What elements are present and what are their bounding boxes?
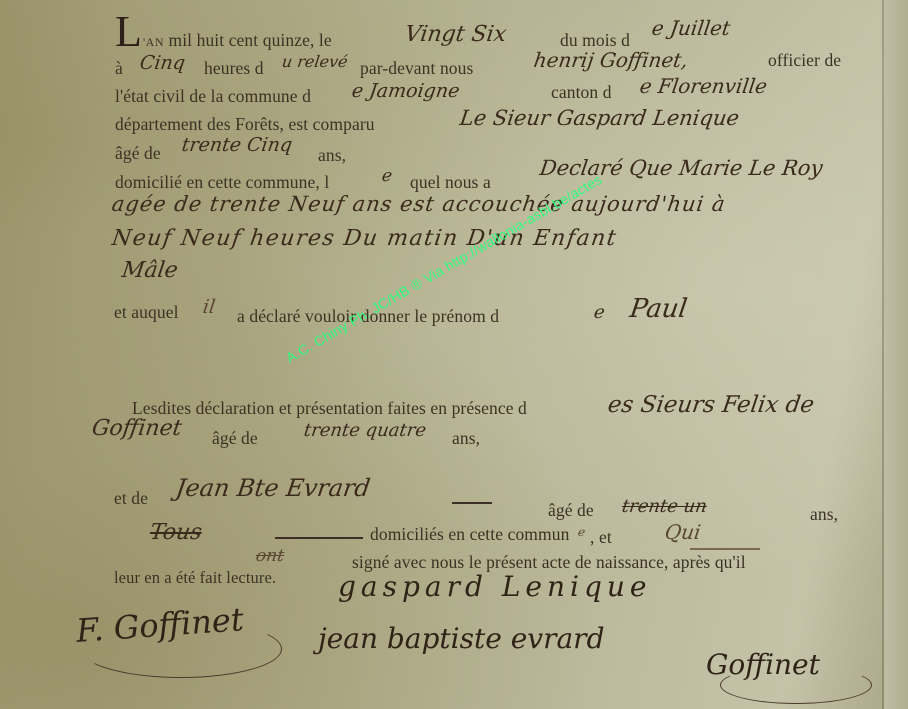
printed-par-devant: par-devant nous	[360, 58, 473, 79]
printed-age-de: âgé de	[115, 143, 161, 164]
printed-lesdites: Lesdites déclaration et présentation fai…	[132, 398, 527, 419]
printed-quel-nous-a: quel nous a	[410, 172, 491, 193]
handwritten-declaration-line2: agée de trente Neuf ans est accouchée au…	[110, 192, 727, 216]
handwritten-declarant-age: trente Cinq	[180, 134, 293, 156]
printed-et: , et	[590, 527, 612, 548]
printed-etat-civil: l'état civil de la commune d	[115, 86, 311, 107]
handwritten-day: Vingt Six	[403, 22, 508, 47]
handwritten-ont: ont	[255, 546, 286, 566]
handwritten-hour: Cinq	[138, 52, 186, 74]
handwritten-month: e Juillet	[650, 16, 732, 40]
handwritten-canton: e Florenville	[638, 74, 768, 98]
handwritten-lequel-suffix: e	[381, 166, 394, 186]
handwritten-declaration-line3: Neuf Neuf heures Du matin D'un Enfant	[110, 226, 619, 251]
adjacent-page-edge	[884, 0, 908, 709]
printed-witness2-ans: ans,	[810, 504, 838, 525]
printed-ans: ans,	[318, 145, 346, 166]
printed-domicilie: domicilié en cette commune, l	[115, 172, 329, 193]
handwritten-prenom-suffix: e	[593, 302, 607, 323]
printed-et-de: et de	[114, 488, 148, 509]
printed-year: mil huit cent quinze, le	[168, 30, 331, 50]
blank-line	[690, 548, 760, 550]
handwritten-pronoun: il	[201, 296, 216, 318]
page-fold-line	[882, 0, 884, 709]
printed-an: 'AN	[143, 35, 164, 49]
printed-witness2-age-de: âgé de	[548, 500, 594, 521]
handwritten-witness2-name: Jean Bte Evrard	[174, 474, 372, 502]
handwritten-witness1-age: trente quatre	[303, 420, 428, 441]
handwritten-declaration-line1: Declaré Que Marie Le Roy	[538, 156, 824, 180]
handwritten-witness2-age: trente un	[621, 496, 709, 517]
handwritten-tous: Tous	[148, 520, 203, 545]
blank-line	[275, 537, 363, 539]
handwritten-first-name: Paul	[628, 294, 689, 324]
signature-declarant: gaspard Lenique	[338, 570, 652, 603]
handwritten-witness-des: es Sieurs Felix de	[606, 392, 816, 418]
signature-witness2: jean baptiste evrard	[318, 622, 605, 655]
printed-a: à	[115, 58, 123, 79]
printed-domicilies: domiciliés en cette commun	[370, 524, 569, 545]
blank-line	[452, 502, 492, 504]
handwritten-time-of-day: u relevé	[281, 52, 349, 71]
printed-witness1-age-de: âgé de	[212, 428, 258, 449]
printed-et-auquel: et auquel	[114, 302, 179, 323]
printed-canton: canton d	[551, 82, 612, 103]
handwritten-witness1-surname: Goffinet	[90, 416, 183, 441]
handwritten-qui: Qui	[663, 520, 702, 544]
handwritten-officer-name: henrij Goffinet,	[532, 48, 689, 72]
handwritten-commune: e Jamoigne	[350, 80, 460, 102]
printed-departement: département des Forêts, est comparu	[115, 114, 375, 135]
printed-witness1-ans: ans,	[452, 428, 480, 449]
printed-lecture: leur en a été fait lecture.	[114, 568, 276, 588]
handwritten-declaration-line4: Mâle	[120, 258, 179, 283]
drop-cap-letter: L	[115, 10, 142, 54]
handwritten-declarant: Le Sieur Gaspard Lenique	[458, 106, 740, 130]
printed-text: 'AN mil huit cent quinze, le	[143, 30, 332, 51]
signature-flourish	[720, 666, 872, 704]
handwritten-commune-suffix: e	[577, 525, 586, 539]
printed-heures: heures d	[204, 58, 264, 79]
signature-flourish	[80, 620, 282, 678]
printed-officier: officier de	[768, 50, 841, 71]
